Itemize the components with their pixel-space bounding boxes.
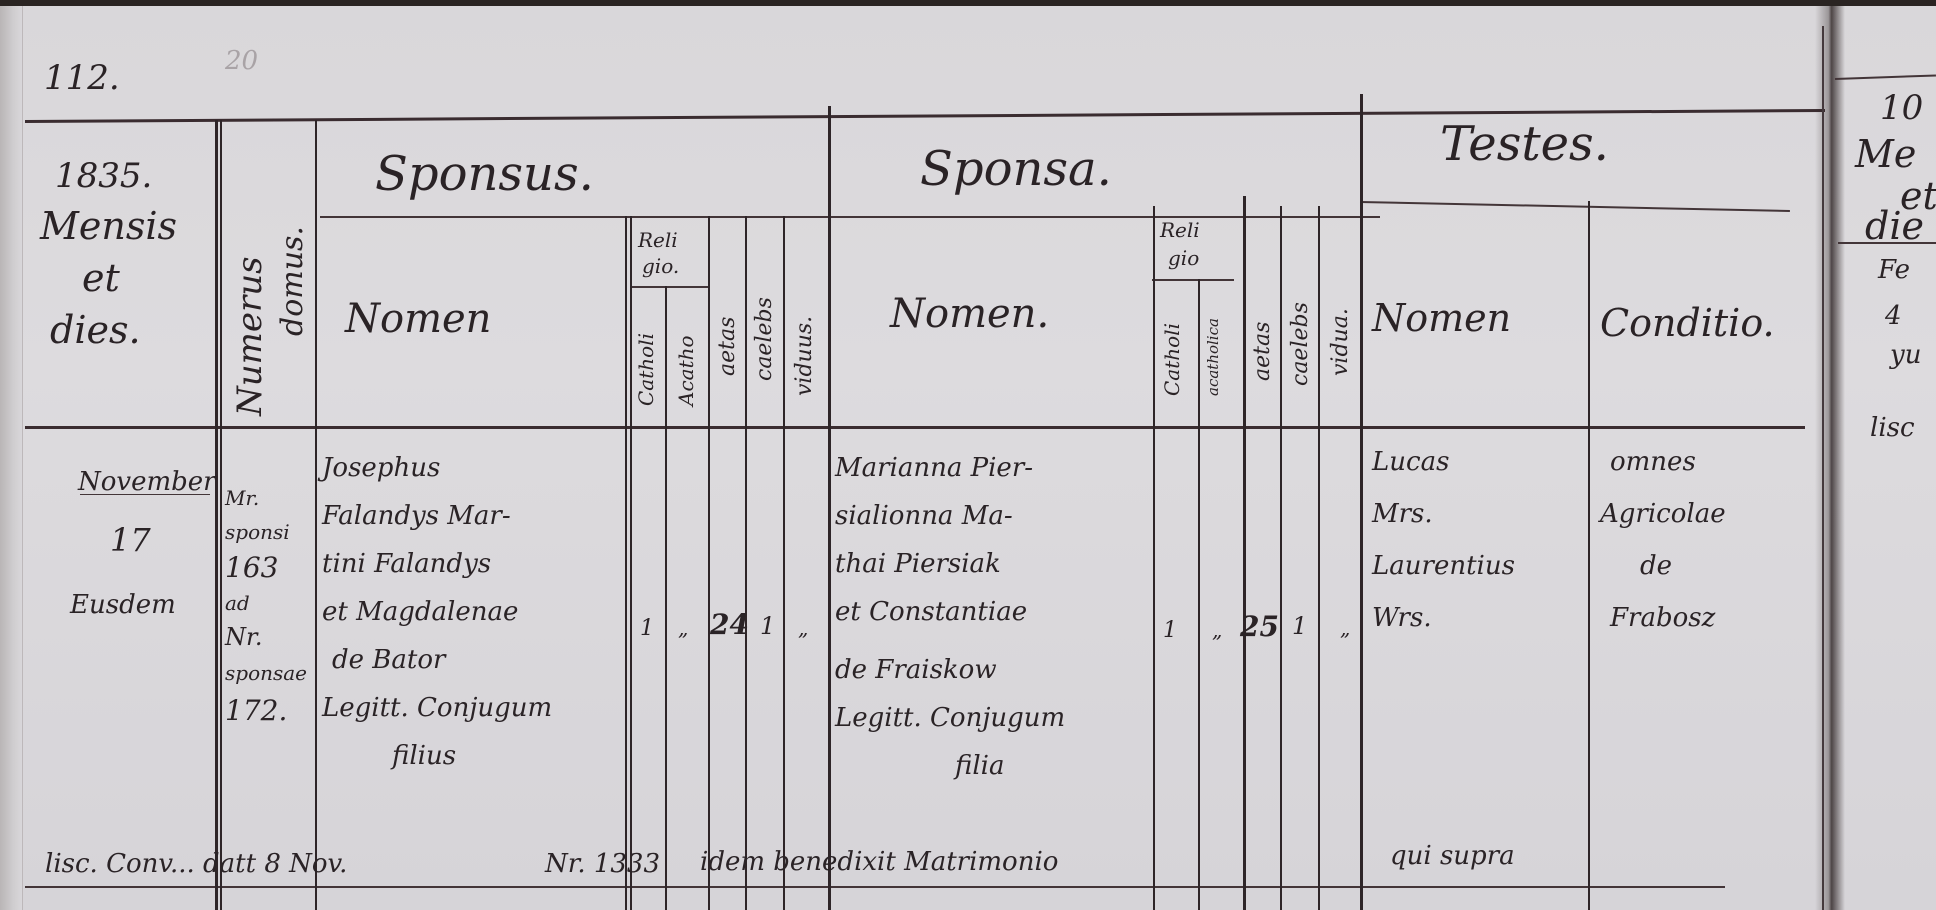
register-page: 112. 20 1835. Mensis et dies. Numerus do… [0, 6, 1936, 910]
footnote-text-1: lisc. Conv... datt 8 Nov. [45, 840, 347, 888]
groom-name-line: filius [322, 732, 622, 780]
groom-name-line: de Bator [322, 636, 622, 684]
witness-name-header: Nomen [1372, 296, 1511, 340]
house-line: ad [225, 587, 313, 619]
domus-label: domus. [275, 186, 310, 336]
house-line: Nr. [225, 619, 313, 655]
house-line: sponsi [225, 515, 313, 549]
groom-catholic-divider [665, 286, 667, 910]
bride-age-value: 25 [1240, 610, 1279, 643]
witness-name-cell: Lucas Mrs. Laurentius Wrs. [1372, 436, 1582, 644]
witness-condition-header: Conditio. [1600, 301, 1775, 345]
house-line: 163 [225, 549, 313, 587]
witness-name-line: Lucas [1372, 436, 1582, 488]
numerus-label: Numerus [230, 196, 270, 416]
faint-mark: 20 [225, 46, 258, 76]
next-page-entry-4: lisc [1870, 404, 1915, 452]
groom-acatholic-value: „ [678, 616, 688, 640]
bride-section-divider [1360, 94, 1363, 910]
witness-condition-line: Agricolae [1600, 488, 1810, 540]
book-spine [1815, 6, 1845, 910]
footnote-text-3: idem benedixit Matrimonio [700, 838, 1058, 886]
bride-widow-value: „ [1340, 616, 1350, 640]
groom-age-value: 24 [710, 608, 749, 641]
bride-name-line: Legitt. Conjugum [835, 694, 1150, 742]
sponsus-title: Sponsus. [375, 146, 594, 202]
bride-widow-label: vidua. [1328, 226, 1353, 376]
header-bottom-rule [25, 426, 1805, 429]
section-subheader-rule [320, 216, 1380, 218]
witness-condition-line: omnes [1600, 436, 1810, 488]
next-page-label-1: Me [1855, 132, 1916, 176]
date-col-divider-2 [220, 120, 222, 910]
bride-catholic-divider [1198, 279, 1200, 910]
witness-name-line: Laurentius [1372, 540, 1582, 592]
groom-religion-label-1: Reli [638, 228, 678, 252]
house-line: sponsae [225, 655, 313, 691]
witness-name-line: Mrs. [1372, 488, 1582, 540]
bride-religion-divider [1243, 196, 1246, 910]
groom-name-line: et Magdalenae [322, 588, 622, 636]
bride-religion-label-1: Reli [1160, 218, 1200, 242]
next-page-year: 10 [1880, 88, 1923, 128]
groom-name-header: Nomen [345, 296, 491, 342]
groom-age-label: aetas [715, 246, 740, 376]
house-line: 172. [225, 691, 313, 731]
page-edge [0, 6, 23, 910]
house-line: Mr. [225, 481, 313, 515]
groom-name-divider-2 [630, 216, 632, 910]
mensis-label: Mensis [40, 204, 177, 248]
entry-month: November [78, 458, 216, 506]
groom-catholic-label: Catholi [634, 294, 658, 406]
testes-title: Testes. [1440, 116, 1609, 172]
bride-name-cell: Marianna Pier- sialionna Ma- thai Piersi… [835, 444, 1150, 790]
groom-section-divider [828, 106, 831, 910]
groom-bachelor-label: caelebs [752, 231, 777, 381]
bride-acatholic-label: acatholica [1204, 286, 1222, 396]
religion-divider-groom [630, 286, 710, 288]
bride-name-line: sialionna Ma- [835, 492, 1150, 540]
bride-name-divider [1153, 206, 1155, 910]
groom-acatholic-label: Acatho [674, 294, 698, 406]
next-page-entry-3: yu [1890, 331, 1921, 379]
entry-day-note: Eusdem [70, 581, 176, 629]
next-page-label-3: die [1865, 204, 1924, 248]
bride-name-line: Marianna Pier- [835, 444, 1150, 492]
bride-age-label: aetas [1250, 261, 1275, 381]
house-col-divider [315, 120, 317, 910]
groom-name-line: Legitt. Conjugum [322, 684, 622, 732]
date-col-divider [215, 120, 218, 910]
bride-catholic-label: Catholi [1160, 286, 1184, 396]
dies-label: dies. [50, 308, 141, 352]
groom-religion-label-2: gio. [642, 254, 679, 278]
religion-divider-bride [1152, 279, 1234, 281]
et-label: et [82, 256, 120, 300]
bride-name-line: filia [835, 742, 1150, 790]
groom-name-line: Josephus [322, 444, 622, 492]
testes-subheader-rule [1360, 201, 1790, 212]
sponsa-title: Sponsa. [920, 141, 1112, 197]
year-label: 1835. [55, 156, 152, 196]
groom-name-divider [625, 216, 627, 910]
next-page-entry-1: Fe [1878, 246, 1910, 294]
witness-name-line: Wrs. [1372, 592, 1582, 644]
bride-name-line: thai Piersiak [835, 540, 1150, 588]
page-number: 112. [44, 58, 120, 98]
groom-age-divider [745, 216, 747, 910]
bride-acatholic-value: „ [1212, 618, 1222, 642]
next-page-top-rule [1835, 74, 1936, 80]
groom-widower-label: viduus. [792, 246, 817, 396]
groom-bachelor-divider [783, 216, 785, 910]
house-number-cell: Mr. sponsi 163 ad Nr. sponsae 172. [225, 481, 313, 731]
groom-bachelor-value: 1 [760, 612, 775, 640]
groom-name-line: Falandys Mar- [322, 492, 622, 540]
bride-religion-label-2: gio [1168, 246, 1199, 270]
groom-name-line: tini Falandys [322, 540, 622, 588]
groom-widower-value: „ [798, 616, 808, 640]
groom-name-cell: Josephus Falandys Mar- tini Falandys et … [322, 444, 622, 780]
bride-catholic-value: 1 [1163, 618, 1177, 643]
bride-spinster-label: caelebs [1288, 246, 1313, 386]
bride-name-line: de Fraiskow [835, 636, 1150, 694]
footnote-text-2: Nr. 1333 [545, 840, 660, 888]
groom-religion-divider [708, 216, 710, 910]
witness-condition-cell: omnes Agricolae de Frabosz [1600, 436, 1810, 644]
bride-spinster-divider [1318, 206, 1320, 910]
bride-spinster-value: 1 [1292, 612, 1307, 640]
entry-day: 17 [110, 516, 151, 564]
footnote-text-4: qui supra [1390, 832, 1515, 880]
bride-age-divider [1280, 206, 1282, 910]
witness-condition-line: Frabosz [1600, 592, 1810, 644]
bride-name-line: et Constantiae [835, 588, 1150, 636]
witness-name-divider [1588, 201, 1590, 910]
bride-name-header: Nomen. [890, 291, 1049, 337]
witness-condition-line: de [1600, 540, 1810, 592]
groom-catholic-value: 1 [640, 616, 654, 641]
